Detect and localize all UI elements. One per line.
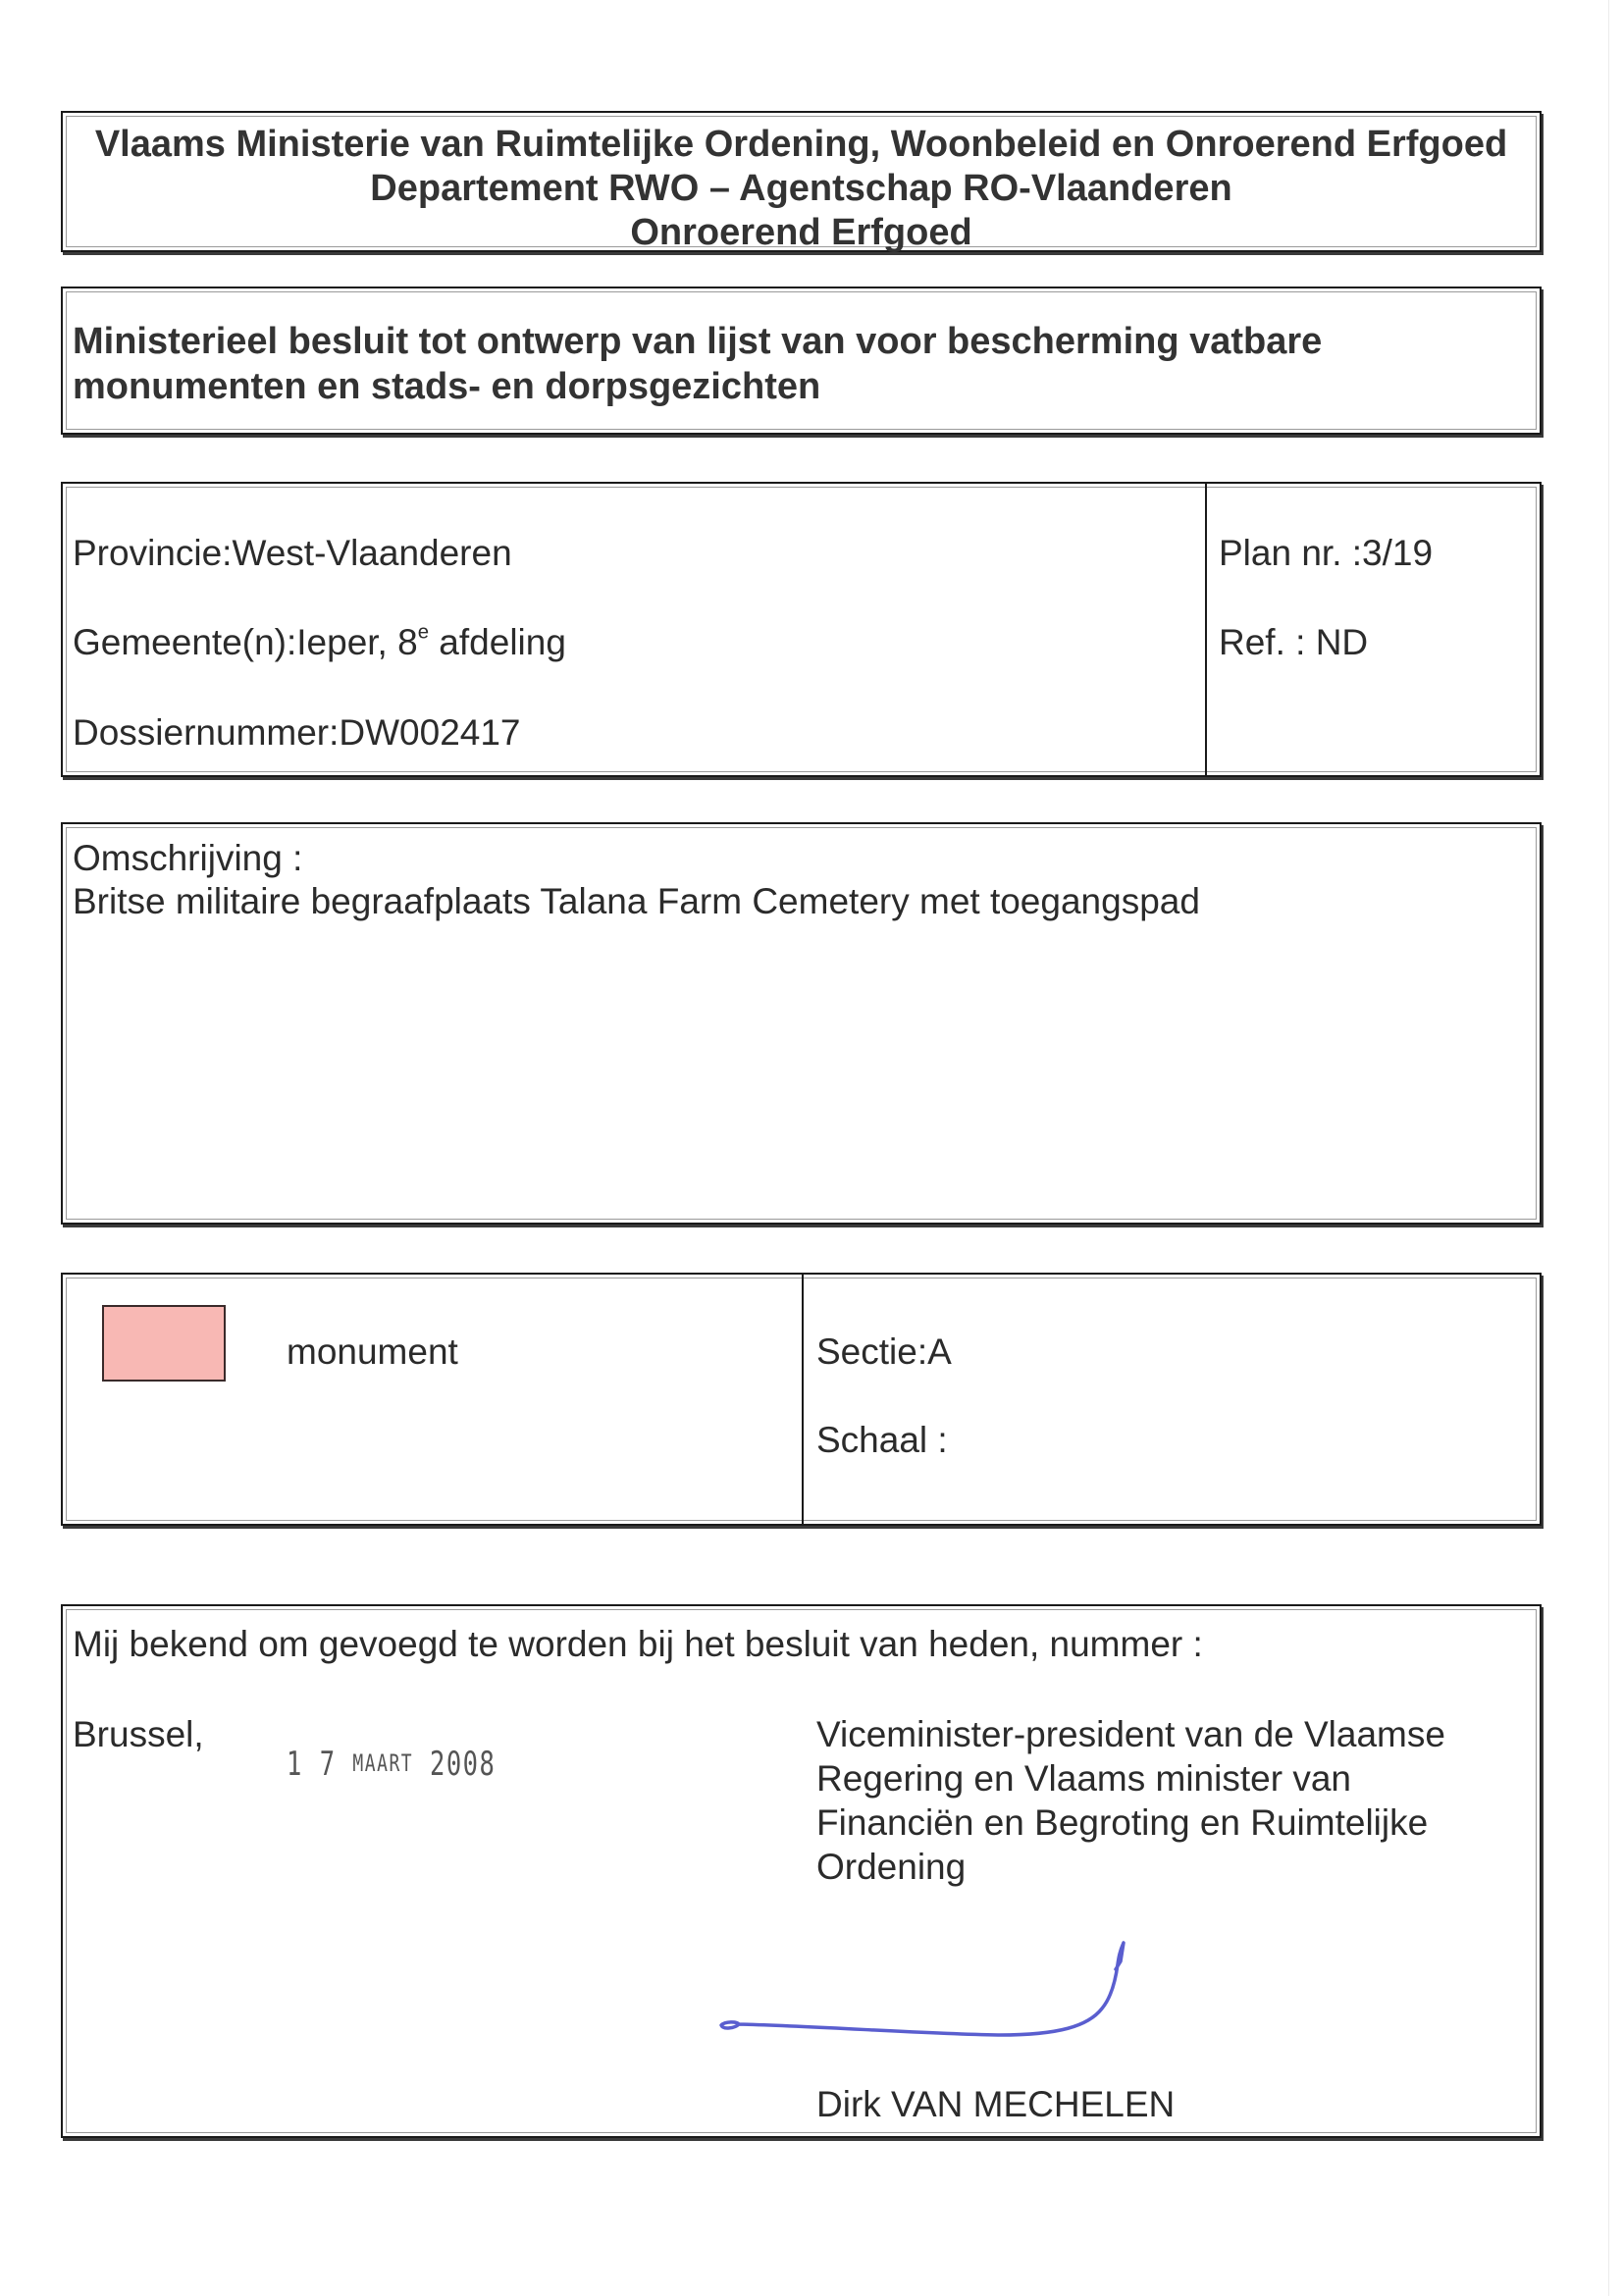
- column-divider: [1205, 484, 1207, 775]
- statement: Mij bekend om gevoegd te worden bij het …: [73, 1626, 1203, 1662]
- monument-color-swatch: [102, 1305, 226, 1382]
- dossiernummer: Dossiernummer:DW002417: [73, 714, 521, 751]
- gemeente-prefix: Gemeente(n):Ieper, 8: [73, 622, 418, 662]
- reference: Ref. : ND: [1219, 624, 1368, 660]
- signer-title-line-4: Ordening: [816, 1849, 966, 1885]
- column-divider: [802, 1275, 804, 1524]
- decree-title-box: Ministerieel besluit tot ontwerp van lij…: [61, 287, 1542, 435]
- schaal: Schaal :: [816, 1422, 948, 1458]
- department-name: Departement RWO – Agentschap RO-Vlaander…: [63, 170, 1540, 207]
- legend-label-monument: monument: [287, 1333, 458, 1370]
- stamp-month: MAART: [352, 1749, 413, 1777]
- description-text: Britse militaire begraafplaats Talana Fa…: [73, 883, 1200, 919]
- gemeente-suffix: afdeling: [429, 622, 566, 662]
- decree-title-line-2: monumenten en stads- en dorpsgezichten: [73, 368, 820, 405]
- provincie: Provincie:West-Vlaanderen: [73, 535, 512, 571]
- scan-edge: [1608, 0, 1609, 2296]
- legend-box: monument Sectie:A Schaal :: [61, 1273, 1542, 1526]
- signature-box: Mij bekend om gevoegd te worden bij het …: [61, 1604, 1542, 2138]
- sectie: Sectie:A: [816, 1333, 952, 1370]
- signer-title-line-1: Viceminister-president van de Vlaamse: [816, 1716, 1445, 1752]
- signer-title-line-2: Regering en Vlaams minister van: [816, 1760, 1351, 1797]
- description-box: Omschrijving : Britse militaire begraafp…: [61, 822, 1542, 1225]
- location-info-box: Provincie:West-Vlaanderen Gemeente(n):Ie…: [61, 482, 1542, 777]
- date-stamp: 1 7 MAART 2008: [287, 1748, 496, 1781]
- stamp-year: 2008: [430, 1745, 496, 1784]
- plan-number: Plan nr. :3/19: [1219, 535, 1433, 571]
- signer-title-line-3: Financiën en Begroting en Ruimtelijke: [816, 1804, 1428, 1841]
- place: Brussel,: [73, 1716, 204, 1752]
- signer-name: Dirk VAN MECHELEN: [816, 2086, 1175, 2122]
- ministry-name: Vlaams Ministerie van Ruimtelijke Ordeni…: [63, 126, 1540, 163]
- decree-title-line-1: Ministerieel besluit tot ontwerp van lij…: [73, 323, 1322, 360]
- gemeente-sup: e: [418, 622, 429, 644]
- description-label: Omschrijving :: [73, 840, 302, 876]
- gemeente: Gemeente(n):Ieper, 8e afdeling: [73, 624, 566, 660]
- agency-name: Onroerend Erfgoed: [63, 214, 1540, 251]
- stamp-day: 1 7: [287, 1745, 337, 1784]
- ministry-header-box: Vlaams Ministerie van Ruimtelijke Ordeni…: [61, 111, 1542, 252]
